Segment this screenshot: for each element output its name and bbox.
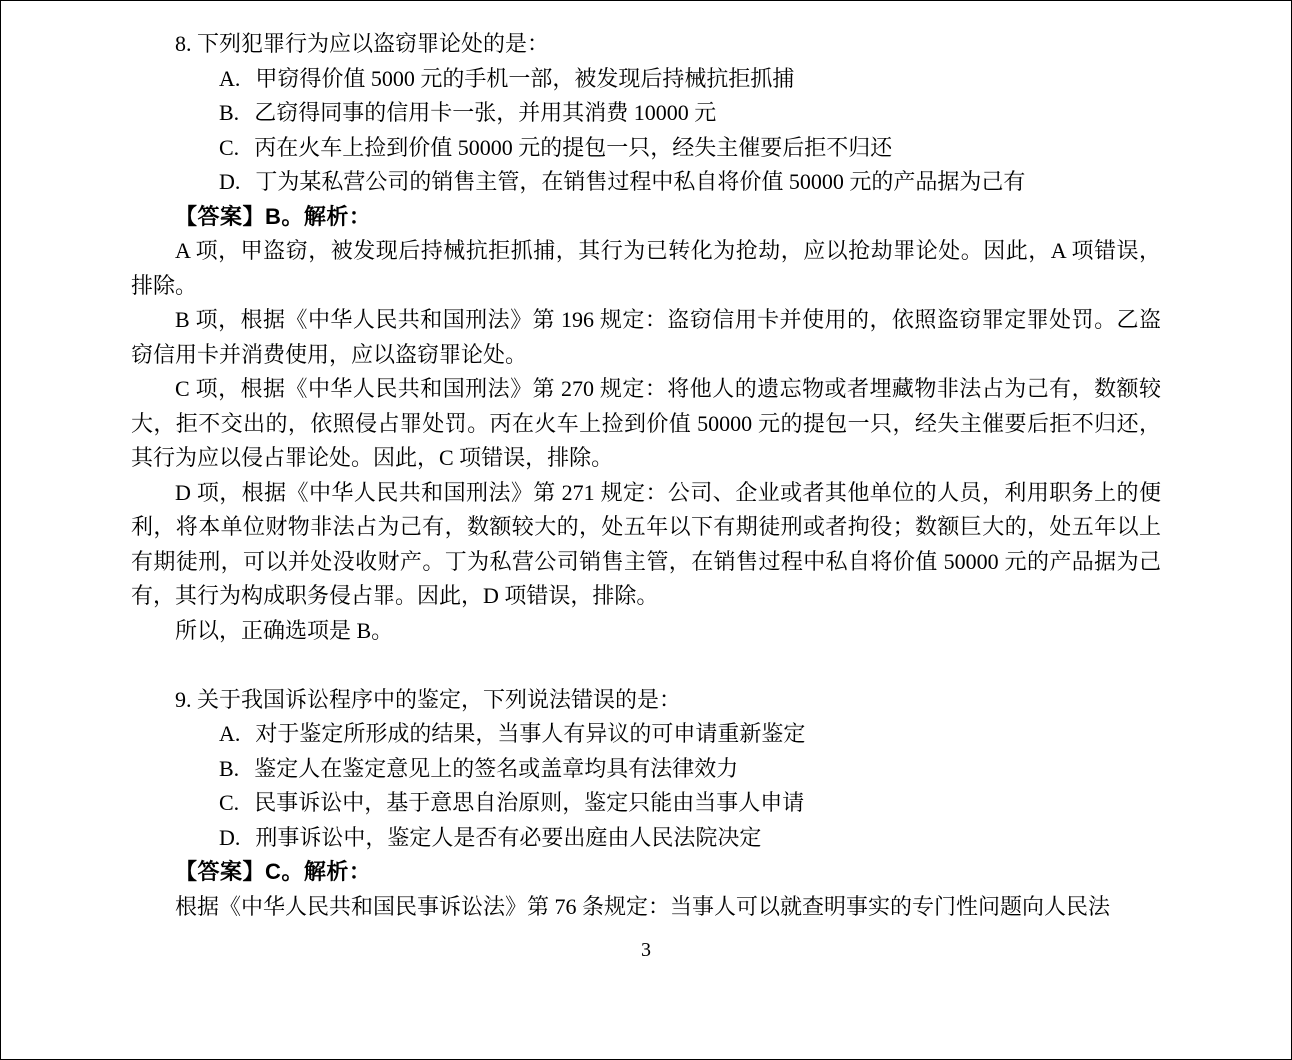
option-label: A. [175,62,240,97]
option-label: D. [175,165,240,200]
question-8-analysis-d: D 项，根据《中华人民共和国刑法》第 271 规定：公司、企业或者其他单位的人员… [131,476,1161,614]
option-label: D. [175,821,240,856]
option-text: 丙在火车上捡到价值 50000 元的提包一只，经失主催要后拒不归还 [254,135,892,160]
question-9-option-a: A.对于鉴定所形成的结果，当事人有异议的可申请重新鉴定 [131,717,1161,752]
option-label: B. [175,96,239,131]
question-8-answer-header: 【答案】B。解析： [131,200,1161,235]
option-text: 鉴定人在鉴定意见上的签名或盖章均具有法律效力 [254,756,738,781]
page-number: 3 [131,936,1161,964]
question-8-option-b: B.乙窃得同事的信用卡一张，并用其消费 10000 元 [131,96,1161,131]
document-page: 8. 下列犯罪行为应以盗窃罪论处的是： A.甲窃得价值 5000 元的手机一部，… [0,0,1292,1060]
question-9-option-b: B.鉴定人在鉴定意见上的签名或盖章均具有法律效力 [131,752,1161,787]
option-text: 乙窃得同事的信用卡一张，并用其消费 10000 元 [254,100,716,125]
question-9-option-c: C.民事诉讼中，基于意思自治原则，鉴定只能由当事人申请 [131,786,1161,821]
option-label: C. [175,131,239,166]
question-8-analysis-a: A 项，甲盗窃，被发现后持械抗拒抓捕，其行为已转化为抢劫，应以抢劫罪论处。因此，… [131,234,1161,303]
question-8-analysis-b: B 项，根据《中华人民共和国刑法》第 196 规定：盗窃信用卡并使用的，依照盗窃… [131,303,1161,372]
page-content: 8. 下列犯罪行为应以盗窃罪论处的是： A.甲窃得价值 5000 元的手机一部，… [131,27,1161,964]
option-text: 丁为某私营公司的销售主管，在销售过程中私自将价值 50000 元的产品据为己有 [255,169,1025,194]
option-label: A. [175,717,240,752]
question-8-title: 8. 下列犯罪行为应以盗窃罪论处的是： [131,27,1161,62]
question-9-title: 9. 关于我国诉讼程序中的鉴定，下列说法错误的是： [131,683,1161,718]
question-8-option-c: C.丙在火车上捡到价值 50000 元的提包一只，经失主催要后拒不归还 [131,131,1161,166]
option-text: 对于鉴定所形成的结果，当事人有异议的可申请重新鉴定 [255,721,805,746]
option-text: 民事诉讼中，基于意思自治原则，鉴定只能由当事人申请 [254,790,804,815]
option-text: 甲窃得价值 5000 元的手机一部，被发现后持械抗拒抓捕 [255,66,794,91]
question-8-option-a: A.甲窃得价值 5000 元的手机一部，被发现后持械抗拒抓捕 [131,62,1161,97]
question-9-option-d: D.刑事诉讼中，鉴定人是否有必要出庭由人民法院决定 [131,821,1161,856]
option-text: 刑事诉讼中，鉴定人是否有必要出庭由人民法院决定 [255,825,761,850]
question-9-analysis-truncated: 根据《中华人民共和国民事诉讼法》第 76 条规定：当事人可以就查明事实的专门性问… [131,890,1161,925]
option-label: B. [175,752,239,787]
question-9-answer-header: 【答案】C。解析： [131,855,1161,890]
question-8-conclusion: 所以，正确选项是 B。 [131,614,1161,649]
question-8-option-d: D.丁为某私营公司的销售主管，在销售过程中私自将价值 50000 元的产品据为己… [131,165,1161,200]
question-8-block: 8. 下列犯罪行为应以盗窃罪论处的是： A.甲窃得价值 5000 元的手机一部，… [131,27,1161,648]
question-8-analysis-c: C 项，根据《中华人民共和国刑法》第 270 规定：将他人的遗忘物或者埋藏物非法… [131,372,1161,476]
question-9-block: 9. 关于我国诉讼程序中的鉴定，下列说法错误的是： A.对于鉴定所形成的结果，当… [131,683,1161,925]
option-label: C. [175,786,239,821]
section-spacer [131,648,1161,683]
